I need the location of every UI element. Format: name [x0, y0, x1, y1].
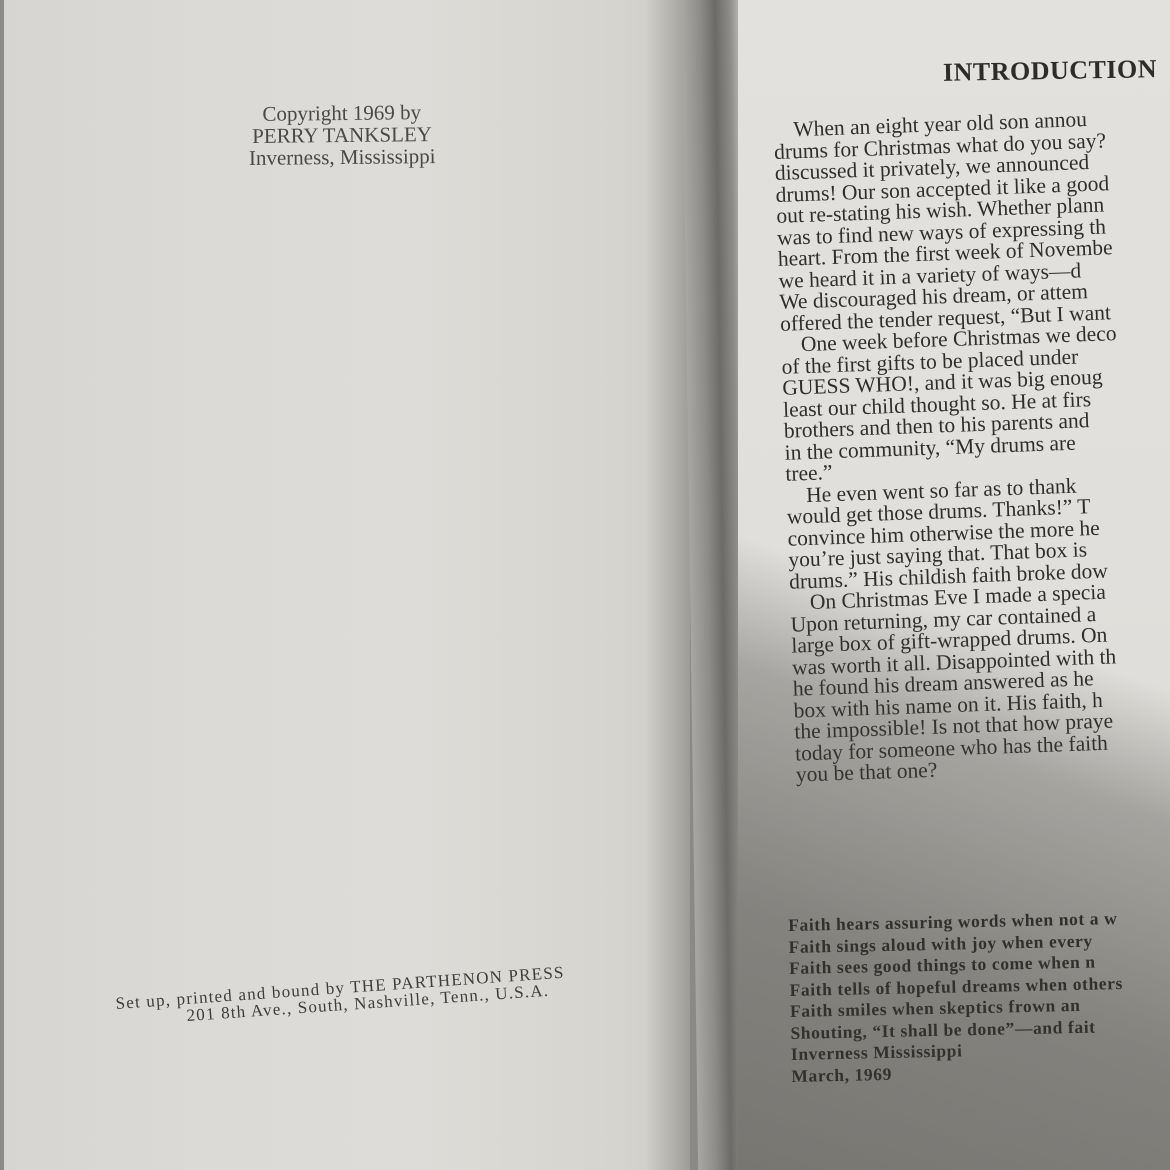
copyright-notice: Copyright 1969 by PERRY TANKSLEY Inverne… — [222, 101, 463, 170]
page-title: INTRODUCTION — [943, 54, 1158, 88]
introduction-body: When an eight year old son annoudrums fo… — [773, 104, 1170, 786]
left-page-copyright: Copyright 1969 by PERRY TANKSLEY Inverne… — [0, 0, 690, 1170]
right-page-introduction: INTRODUCTION When an eight year old son … — [738, 0, 1170, 1170]
author-location: Inverness, Mississippi — [222, 145, 462, 170]
printer-imprint: Set up, printed and bound by THE PARTHEN… — [115, 955, 690, 1029]
faith-poem: Faith hears assuring words when not a wF… — [788, 906, 1170, 1087]
